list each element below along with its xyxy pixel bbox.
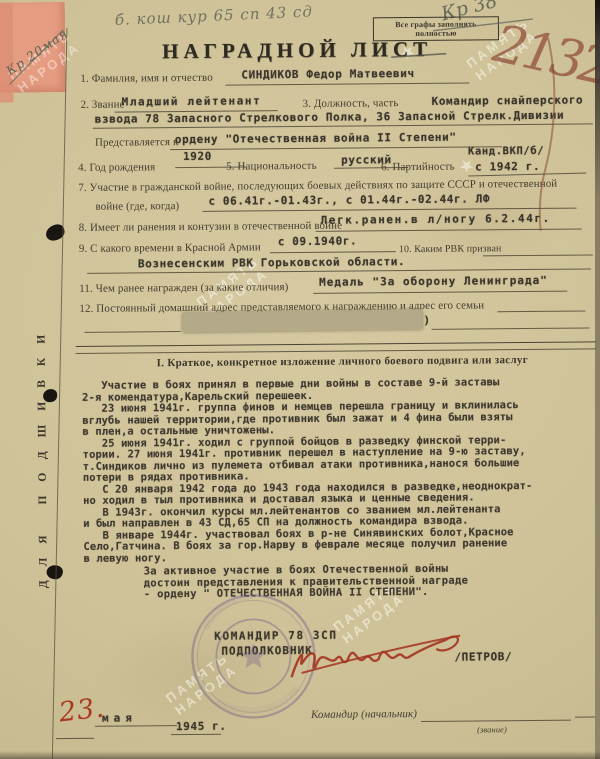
signer-position-line1: КОМАНДИР 78 ЗСП (214, 629, 337, 643)
section1-heading: I. Краткое, конкретное изложение личного… (85, 353, 600, 369)
field-underline (316, 229, 582, 232)
field9-label: 9. С какого времени в Красной Армии (79, 241, 261, 255)
scan-edge-right (595, 0, 600, 759)
field-underline (85, 331, 181, 333)
field10-label: 10. Каким РВК призван (399, 243, 502, 255)
field6-value-top: Канд.ВКП/б/ (468, 145, 544, 158)
stamp-smudge (217, 688, 298, 711)
presented-label: Представляется к (95, 136, 179, 149)
field4-value: 1920 (183, 150, 212, 163)
presented-value: ордену "Отечественная война II Степени" (175, 131, 457, 146)
pencil-note-top: б. кош кур 65 сп 43 сд (115, 2, 314, 29)
commander-label: Командир (начальник) (311, 708, 417, 721)
field9-value: с 09.1940г. (278, 234, 358, 248)
signature-stroke (436, 637, 458, 651)
date-month: мая (102, 711, 137, 724)
field12-tail: ) (423, 314, 430, 327)
pamyat-naroda-watermark: ПАМЯТЬ НАРОДА (163, 650, 240, 718)
scan-edge-bottom (0, 751, 600, 759)
rank-hint: (звание) (477, 724, 507, 734)
ink-blot (44, 223, 67, 243)
section-divider (76, 341, 596, 347)
watermark-line2: НАРОДА (172, 662, 241, 718)
field2-value: Младший лейтенант (122, 94, 262, 108)
field-underline (483, 254, 593, 256)
award-sheet-scan: ПАМЯТЬ НАРОДА ПАМЯТЬ НАРОДА ПАМЯТЬ НАРОД… (0, 0, 600, 759)
document-title: НАГРАДНОЙ ЛИСТ (137, 37, 457, 65)
field11-value: Медаль "За оборону Ленинграда" (319, 274, 548, 289)
redacted-address (182, 309, 422, 332)
field2-label: 2. Звание (81, 99, 125, 111)
field8-label: 8. Имеет ли ранения и контузии в отечест… (79, 220, 343, 234)
field4-label: 4. Год рождения (78, 161, 155, 174)
field-underline (313, 291, 567, 294)
field-underline (432, 327, 590, 329)
field3-label: 3. Должность, часть (303, 97, 399, 110)
handwritten-day: 23. (57, 692, 106, 728)
watermark-line1: ПАМЯТЬ (163, 650, 232, 706)
field8-value: Легк.ранен.в л/ногу 6.2.44г. (321, 212, 551, 227)
field1-value: СИНДИКОВ Федор Матвеевич (241, 67, 414, 82)
document-sheet: ПАМЯТЬ НАРОДА ПАМЯТЬ НАРОДА ПАМЯТЬ НАРОД… (0, 0, 600, 759)
conclusion-text: За активное участие в боях Отечественной… (144, 564, 469, 602)
field-underline (225, 83, 469, 86)
field-underline (497, 311, 585, 313)
signer-name: /ПЕТРОВ/ (454, 650, 512, 664)
field-underline (170, 146, 502, 150)
date-year: 1945 г. (176, 720, 227, 733)
star-icon: ★ (457, 156, 477, 176)
field5-label: 5. Национальность (226, 160, 317, 173)
signature-stroke (291, 640, 446, 677)
ink-blot (43, 389, 57, 402)
pink-corner-strip (0, 2, 14, 102)
field-underline (270, 251, 396, 253)
commander-signature-line (575, 716, 595, 717)
signer-position-line2: ПОДПОЛКОВНИК (221, 644, 313, 658)
field7-value: с 06.41г.-01.43г., с 01.44г.-02.44г. ЛФ (208, 192, 490, 207)
field1-label: 1. Фамилия, имя и отчество (80, 72, 213, 85)
field7-label-line2: войне (где, когда) (95, 200, 179, 213)
field11-label: 11. Чем ранее награжден (за какие отличи… (79, 281, 288, 295)
date-underline (95, 725, 177, 727)
citation-text: Участие в боях принял в первые дни войны… (82, 377, 533, 565)
field6-label: 6. Партийность (381, 161, 455, 174)
date-underline (171, 734, 221, 735)
pen-number-annotation: 2132 (488, 14, 600, 98)
field3-value-line1: Командир снайперского (432, 94, 584, 108)
field3-value-line2: взвода 78 Запасного Стрелкового Полка, 3… (95, 109, 565, 126)
fill-note-text: Все графы заполнять полностью (395, 19, 476, 38)
field6-value: с 1942 г. (475, 160, 540, 174)
field10-value: Вознесенским РВК Горьковской области. (138, 255, 405, 270)
commander-signature-line (421, 720, 571, 722)
date-underline (56, 738, 94, 739)
